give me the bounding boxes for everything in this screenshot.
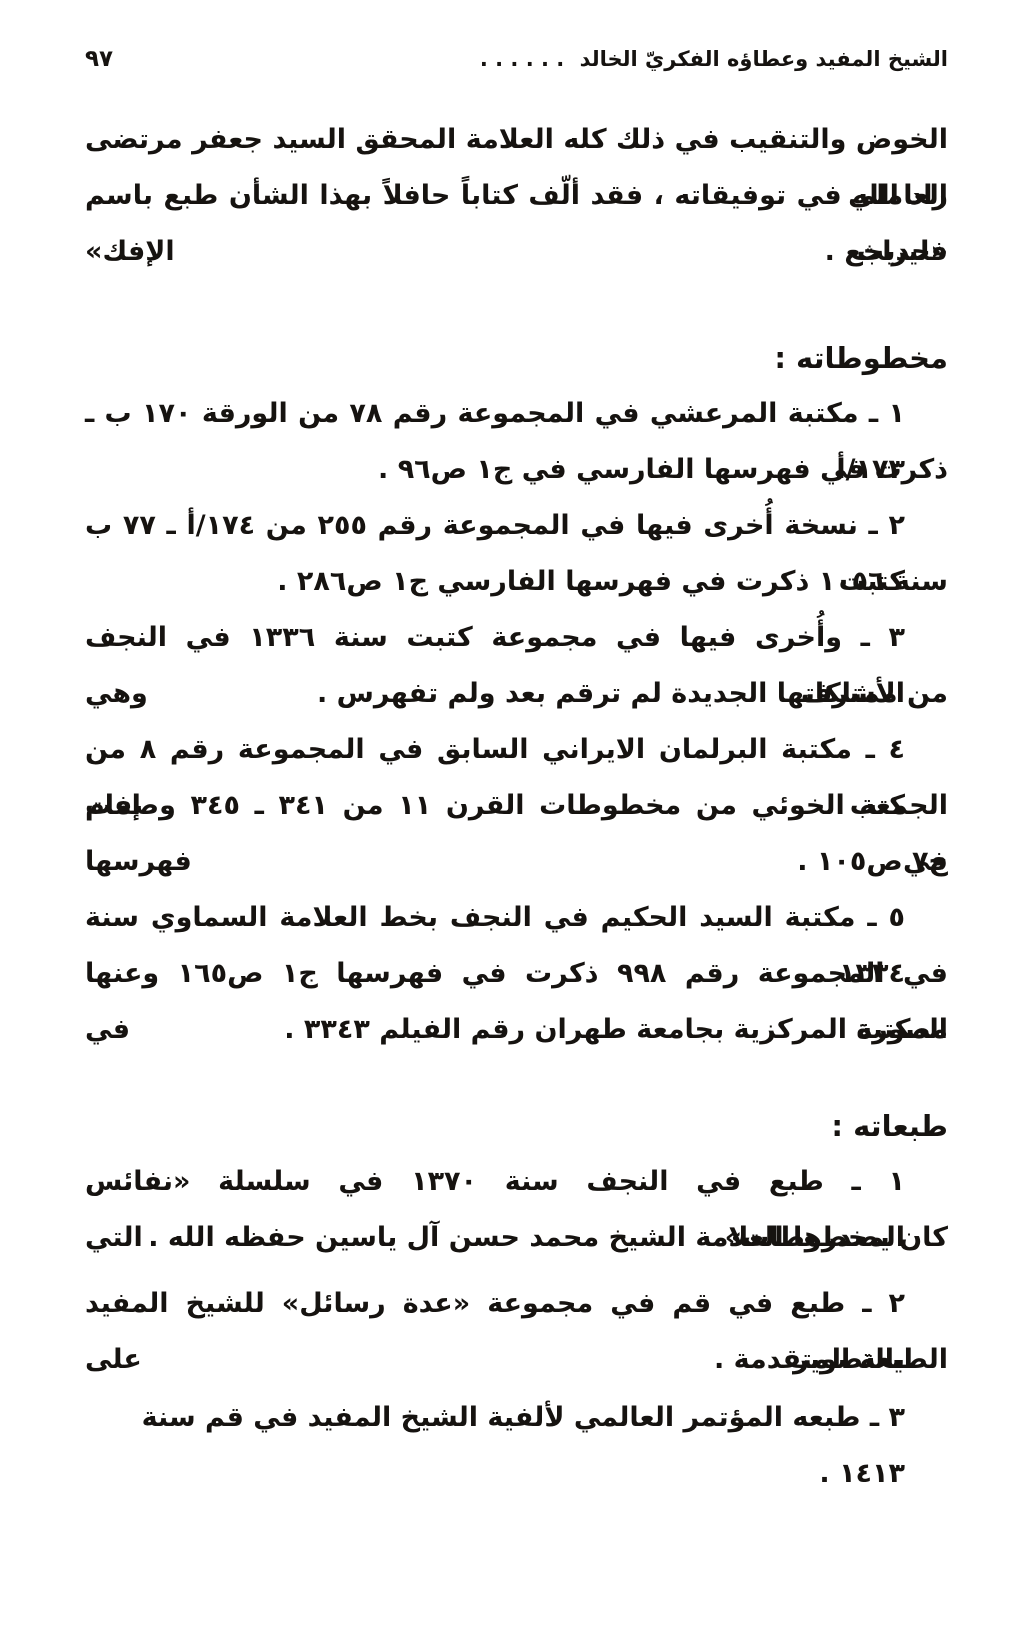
text-line: ٢ ـ طبع في قم في مجموعة «عدة رسائل» للشي…	[85, 1276, 948, 1332]
text-line: ٥ ـ مكتبة السيد الحكيم في النجف بخط العل…	[85, 890, 948, 946]
text-line: ذكرت في فهرسها الفارسي في ج١ ص٩٦ .	[85, 442, 948, 498]
text-line: سنة ١٠٥٦ ذكرت في فهرسها الفارسي ج١ ص٢٨٦ …	[85, 554, 948, 610]
manuscript-item-2: ٢ ـ نسخة أُخرى فيها في المجموعة رقم ٢٥٥ …	[85, 498, 948, 610]
page-number: ٩٧	[85, 46, 113, 72]
manuscript-item-3: ٣ ـ وأُخرى فيها في مجموعة كتبت سنة ١٣٣٦ …	[85, 610, 948, 722]
text-line: الخوض والتنقيب في ذلك كله العلامة المحقق…	[85, 112, 948, 168]
dot-leaders: . . . . . .	[480, 47, 564, 71]
text-line: في المجموعة رقم ٩٩٨ ذكرت في فهرسها ج١ ص١…	[85, 946, 948, 1002]
manuscript-item-5: ٥ ـ مكتبة السيد الحكيم في النجف بخط العل…	[85, 890, 948, 1058]
manuscript-item-1: ١ ـ مكتبة المرعشي في المجموعة رقم ٧٨ من …	[85, 386, 948, 498]
text-line: زاد الله في توفيقاته ، فقد ألّف كتاباً ح…	[85, 168, 948, 224]
running-title-text: الشيخ المفيد وعطاؤه الفكريّ الخالد	[580, 47, 948, 71]
text-line: ١ ـ طبع في النجف سنة ١٣٧٠ في سلسلة «نفائ…	[85, 1154, 948, 1210]
manuscript-item-4: ٤ ـ مكتبة البرلمان الايراني السابق في ال…	[85, 722, 948, 890]
text-line: ٢ ـ نسخة أُخرى فيها في المجموعة رقم ٢٥٥ …	[85, 498, 948, 554]
section-heading-manuscripts: مخطوطاته :	[85, 330, 948, 386]
running-title: الشيخ المفيد وعطاؤه الفكريّ الخالد . . .…	[480, 47, 948, 71]
book-page: الشيخ المفيد وعطاؤه الفكريّ الخالد . . .…	[0, 0, 1033, 1646]
print-item-2: ٢ ـ طبع في قم في مجموعة «عدة رسائل» للشي…	[85, 1276, 948, 1388]
print-item-3: ٣ ـ طبعه المؤتمر العالمي لألفية الشيخ ال…	[85, 1390, 948, 1446]
text-line: ١ ـ مكتبة المرعشي في المجموعة رقم ٧٨ من …	[85, 386, 948, 442]
page-header: الشيخ المفيد وعطاؤه الفكريّ الخالد . . .…	[85, 36, 948, 82]
text-line: ٣ ـ طبعه المؤتمر العالمي لألفية الشيخ ال…	[85, 1390, 948, 1446]
text-line: كان يصدرها العلامة الشيخ محمد حسن آل ياس…	[85, 1210, 948, 1266]
intro-paragraph: الخوض والتنقيب في ذلك كله العلامة المحقق…	[85, 112, 948, 280]
text-line: ٤ ـ مكتبة البرلمان الايراني السابق في ال…	[85, 722, 948, 778]
print-item-1: ١ ـ طبع في النجف سنة ١٣٧٠ في سلسلة «نفائ…	[85, 1154, 948, 1266]
section-heading-prints: طبعاته :	[85, 1098, 948, 1154]
text-line: الجمعة الخوئي من مخطوطات القرن ١١ من ٣٤١…	[85, 778, 948, 834]
text-line: ٣ ـ وأُخرى فيها في مجموعة كتبت سنة ١٣٣٦ …	[85, 610, 948, 666]
